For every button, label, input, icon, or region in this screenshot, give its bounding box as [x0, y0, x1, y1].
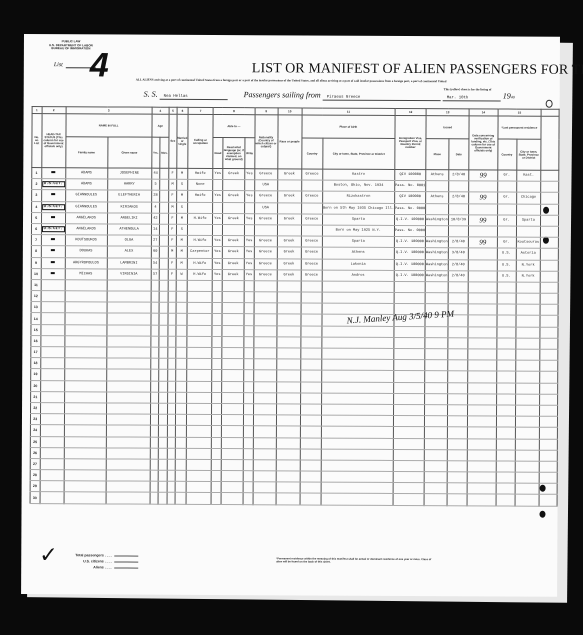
passenger-rows: 1ADAMSJOSEPHINE44FMHwifeYesGreekYesGreec…: [30, 168, 559, 506]
cell-age: 5: [151, 179, 160, 190]
cell-family: [65, 347, 107, 358]
cell-lr-country: [497, 226, 516, 237]
header-lr-city: City or town, State, Province or Distric…: [516, 139, 541, 170]
cell-no: 28: [30, 470, 40, 481]
cell-family: [65, 313, 107, 324]
cell-given: [106, 403, 150, 414]
cell-calling: [186, 392, 211, 403]
cell-race: [276, 325, 300, 336]
cell-no: 30: [30, 492, 40, 503]
cell-ms: [175, 470, 186, 481]
cell-race: [276, 437, 300, 448]
cell-lang: [222, 336, 244, 347]
col-num: 1: [32, 107, 42, 114]
col-num: 5: [169, 107, 177, 114]
punch-hole-icon: [546, 100, 553, 108]
cell-b-city: Boston, Ohio, Nov. 1934: [322, 180, 394, 192]
cell-race: Greek: [277, 270, 301, 281]
header-visa: Immigration Visa, Passport Visa, or Reen…: [395, 115, 426, 169]
cell-age: 57: [151, 269, 160, 280]
cell-given: [106, 392, 150, 403]
cell-ms: M: [176, 247, 187, 258]
cell-b-city: [321, 393, 393, 405]
cell-read: Yes: [213, 168, 223, 179]
cell-tax: [40, 391, 64, 402]
header-read: Read: [213, 137, 223, 168]
cell-b-city: Born on May 1925 N.Y.: [322, 225, 394, 237]
cell-write: [245, 180, 255, 191]
cell-write: Yes: [244, 191, 254, 202]
cell-family: GIANNOULES: [65, 201, 107, 212]
cell-family: [65, 302, 107, 313]
cell-lr-city: [516, 304, 541, 315]
cell-date: [447, 393, 467, 404]
cell-tax: [41, 190, 65, 201]
cell-blank: [539, 483, 557, 494]
cell-blank: [540, 338, 558, 349]
cell-ms: [175, 448, 186, 459]
cell-date: 2/8/40: [448, 237, 468, 248]
cell-lr-country: [497, 282, 516, 293]
cell-age: 54: [151, 258, 160, 269]
cell-lr-country: [496, 450, 515, 461]
cell-b-city: [321, 382, 393, 394]
cell-calling: [187, 314, 212, 325]
cell-b-country: Greece: [301, 270, 322, 281]
cell-lr-city: [516, 226, 541, 237]
cell-nat: Greece: [254, 213, 277, 224]
cell-lr-country: [496, 327, 515, 338]
cell-no: 20: [31, 380, 41, 391]
cell-b-country: Greece: [301, 236, 322, 247]
cell-write: [243, 460, 253, 471]
cell-age: [150, 493, 159, 504]
cell-sex: [167, 414, 175, 425]
cell-race: [277, 314, 301, 325]
cell-b-city: [322, 359, 394, 371]
cell-age: [150, 370, 159, 381]
cell-nat: [253, 348, 276, 359]
ship-name: Nea Hellas: [160, 95, 228, 100]
cell-read: [212, 381, 222, 392]
cell-ms: [175, 493, 186, 504]
cell-given: ALEX: [107, 246, 151, 257]
dept-line: BUREAU OF IMMIGRATION: [46, 47, 96, 51]
cell-write: [244, 348, 254, 359]
cell-lr-country: [496, 394, 515, 405]
cell-lr-country: Gr.: [497, 170, 516, 181]
cell-no: 22: [31, 402, 41, 413]
cell-lang: [222, 325, 244, 336]
cell-write: [243, 493, 253, 504]
cell-b-city: Andros: [322, 270, 394, 282]
cell-write: [243, 404, 253, 415]
cell-given: KIRIAKOS: [107, 202, 151, 213]
cell-age: [150, 336, 159, 347]
cell-b-city: Rizokastron: [322, 191, 394, 203]
cell-read: [212, 370, 222, 381]
cell-no: 18: [31, 358, 41, 369]
cell-lr-country: [496, 427, 515, 438]
cell-race: [277, 281, 301, 292]
cell-place: [424, 449, 447, 460]
cell-blank: [540, 282, 558, 293]
cell-ms: M: [176, 213, 187, 224]
cell-verify: [467, 427, 495, 438]
cell-blank: [158, 493, 167, 504]
cell-lr-city: [516, 181, 541, 192]
cell-read: [212, 292, 222, 303]
voyage-line: S. S. Nea Hellas Passengers sailing from…: [144, 90, 515, 102]
cell-lang: [221, 415, 243, 426]
cell-tax: [40, 447, 64, 458]
cell-race: Greek: [277, 236, 301, 247]
cell-verify: [468, 371, 496, 382]
cell-nat: [254, 225, 277, 236]
cell-given: [106, 425, 150, 436]
cell-place: Washington: [426, 237, 449, 248]
cell-sex: [168, 370, 176, 381]
cell-b-country: [301, 337, 322, 348]
cell-lang: [222, 348, 244, 359]
cell-blank: [158, 470, 167, 481]
cell-read: Yes: [212, 258, 222, 269]
cell-nat: [253, 460, 276, 471]
cell-no: 6: [31, 223, 41, 234]
footnote: *Permanent residence within the meaning …: [276, 557, 436, 564]
cell-b-country: [301, 359, 322, 370]
cell-read: [212, 403, 222, 414]
cell-verify: [468, 382, 496, 393]
header-calling: Calling or occupation: [188, 114, 214, 168]
cell-age: [150, 425, 159, 436]
cell-ms: [176, 314, 187, 325]
cell-blank: [159, 403, 168, 414]
cell-family: [64, 470, 106, 481]
cell-date: 3/8/40: [448, 248, 468, 259]
cell-age: 28: [151, 191, 160, 202]
cell-no: 15: [31, 324, 41, 335]
us-citizen-stamp: [51, 171, 55, 173]
cell-blank: [158, 481, 167, 492]
cell-blank: [160, 168, 169, 179]
cell-age: [151, 302, 160, 313]
cell-lr-country: [497, 293, 516, 304]
cell-write: [244, 381, 254, 392]
cell-place: [425, 337, 448, 348]
cell-nat: [254, 281, 277, 292]
cell-read: [212, 325, 222, 336]
header-read-language: Read what language (or, if exemption cla…: [223, 138, 245, 169]
cell-age: 42: [151, 213, 160, 224]
cell-nat: [254, 303, 277, 314]
cell-blank: [159, 437, 168, 448]
cell-place: [424, 472, 447, 483]
cell-tax: [40, 470, 64, 481]
cell-given: [106, 481, 150, 492]
sailing-port: Piraeus Greece: [323, 96, 441, 102]
cell-place: [425, 405, 448, 416]
cell-nat: [253, 448, 276, 459]
cell-lr-city: [515, 461, 540, 472]
cell-ms: [176, 303, 187, 314]
cell-lang: [221, 459, 243, 470]
cell-no: 17: [31, 347, 41, 358]
cell-b-country: [301, 281, 322, 292]
cell-sex: [167, 482, 175, 493]
cell-lr-city: N.York: [516, 271, 541, 282]
cell-race: [276, 348, 300, 359]
cell-b-country: [300, 370, 321, 381]
cell-age: [150, 481, 159, 492]
cell-visa: [393, 449, 424, 460]
cell-lang: Greek: [222, 191, 244, 202]
cell-tax: [40, 324, 64, 335]
cell-given: HARRY: [107, 179, 151, 190]
cell-read: [211, 471, 221, 482]
cell-read: Yes: [213, 213, 223, 224]
cell-tax: [40, 403, 64, 414]
cell-lang: Greek: [222, 213, 244, 224]
header-age: Age: [152, 114, 170, 137]
cell-race: [276, 482, 300, 493]
cell-place: [425, 360, 448, 371]
cell-tax: [41, 279, 65, 290]
cell-race: Greek: [277, 191, 301, 202]
cell-b-city: [321, 460, 393, 472]
cell-calling: [187, 359, 212, 370]
cell-place: [425, 427, 448, 438]
cell-calling: H.Wife: [187, 213, 212, 224]
cell-ms: S: [176, 202, 187, 213]
cell-blank: [541, 193, 559, 204]
header-able-to: Able to —: [213, 114, 255, 137]
cell-write: [244, 314, 254, 325]
us-citizen-stamp: [51, 272, 55, 274]
header-nationality: Nationality (Country of which citizen or…: [254, 115, 277, 169]
cell-blank: [160, 202, 169, 213]
header-given-name: Given name: [107, 137, 151, 168]
cell-read: Yes: [212, 247, 222, 258]
cell-tax: [40, 313, 64, 324]
cell-age: [151, 280, 160, 291]
cell-given: [107, 313, 151, 324]
cell-lr-country: [496, 349, 515, 360]
cell-given: JOSEPHINE: [107, 168, 151, 179]
cell-place: Washington: [425, 270, 448, 281]
cell-lr-country: U.S.: [497, 259, 516, 270]
cell-nat: Greece: [254, 191, 277, 202]
cell-given: [107, 291, 151, 302]
cell-write: Yes: [245, 169, 255, 180]
cell-visa: [394, 382, 425, 393]
cell-tax: [41, 291, 65, 302]
cell-b-country: [300, 404, 321, 415]
cell-race: [277, 202, 301, 213]
cell-sex: [168, 314, 176, 325]
cell-sex: [168, 303, 176, 314]
cell-write: [244, 202, 254, 213]
cell-sex: [168, 336, 176, 347]
cell-family: ANGELAKOS: [65, 212, 107, 223]
cell-place: [425, 416, 448, 427]
cell-write: [244, 370, 254, 381]
cell-b-city: [322, 326, 394, 338]
cell-no: 2: [32, 179, 42, 190]
cell-sex: F: [168, 235, 176, 246]
cell-date: 10/8/39: [448, 214, 468, 225]
cell-read: [212, 359, 222, 370]
cell-write: [244, 303, 254, 314]
cell-blank: [160, 179, 169, 190]
cell-place: Washington: [425, 248, 448, 259]
cell-nat: [254, 292, 277, 303]
header-mos: Mos.: [160, 137, 169, 168]
manifest-sheet: PUBLIC LAW U.S. DEPARTMENT OF LABOR BURE…: [21, 34, 560, 597]
cell-given: ATHENOULA: [107, 224, 151, 235]
cell-lr-country: [497, 204, 516, 215]
cell-no: 27: [30, 458, 40, 469]
cell-lr-city: Sparta: [516, 215, 541, 226]
cell-b-country: [301, 203, 322, 214]
header-row-1: No. on List HEAD-TAX STATUS (This column…: [32, 114, 559, 140]
cell-given: OLGA: [107, 235, 151, 246]
table-row: 30: [30, 492, 557, 506]
cell-verify: [468, 282, 496, 293]
cell-visa: QIV 100000: [395, 192, 426, 203]
cell-no: 11: [31, 279, 41, 290]
header-last-residence: *Last permanent residence: [498, 116, 542, 139]
cell-date: 2/8/40: [448, 270, 468, 281]
cell-blank: [159, 280, 168, 291]
cell-sex: M: [169, 202, 177, 213]
header-family-name: Family name: [66, 137, 108, 168]
cell-read: [212, 314, 222, 325]
cell-date: 2/8/40: [448, 192, 468, 203]
cell-read: [212, 280, 222, 291]
cell-lr-city: [515, 338, 540, 349]
cell-write: Yes: [244, 247, 254, 258]
cell-verify: [467, 494, 495, 505]
cell-nat: [254, 325, 277, 336]
cell-nat: [253, 359, 276, 370]
cell-tax: [40, 436, 64, 447]
cell-ms: W: [176, 269, 187, 280]
cell-tax: [40, 481, 64, 492]
cell-nat: Greece: [254, 236, 277, 247]
cell-date: [447, 472, 467, 483]
cell-family: [64, 492, 106, 503]
cell-verify: [467, 461, 495, 472]
cell-b-city: [322, 292, 394, 304]
cell-blank: [158, 459, 167, 470]
cell-tax: [41, 235, 65, 246]
cell-family: [64, 414, 106, 425]
cell-family: ANGELAKOS: [65, 224, 107, 235]
cell-lang: [222, 314, 244, 325]
cell-tax: [40, 414, 64, 425]
cell-given: [106, 470, 150, 481]
cell-lr-country: [496, 405, 515, 416]
cell-race: [276, 404, 300, 415]
cell-b-country: Greece: [301, 247, 322, 258]
cell-blank: [541, 204, 559, 215]
cell-verify: [468, 315, 496, 326]
cell-b-country: [300, 449, 321, 460]
cell-lr-city: [515, 483, 540, 494]
cell-lr-city: Kast.: [516, 170, 541, 181]
header-head-tax: HEAD-TAX STATUS (This column for use of …: [41, 114, 65, 168]
year-prefix: 19: [503, 92, 511, 101]
cell-place: [424, 494, 447, 505]
cell-given: [106, 414, 150, 425]
cell-b-city: [321, 415, 393, 427]
cell-lr-city: [515, 495, 540, 506]
cell-no: 10: [31, 268, 41, 279]
cell-ms: M: [176, 235, 187, 246]
cell-family: KOUTSOUKOS: [65, 235, 107, 246]
cell-sex: [168, 381, 176, 392]
cell-blank: [541, 170, 559, 181]
cell-blank: [541, 237, 559, 248]
cell-lr-city: [515, 427, 540, 438]
cell-read: [213, 224, 223, 235]
cell-lr-city: [515, 394, 540, 405]
cell-tax: [41, 302, 65, 313]
cell-age: [150, 470, 159, 481]
cell-place: [424, 483, 447, 494]
cell-blank: [159, 302, 168, 313]
cell-date: [448, 326, 468, 337]
cell-ms: M: [176, 191, 187, 202]
cell-b-city: [322, 337, 394, 349]
cell-sex: [167, 437, 175, 448]
cell-date: [447, 360, 467, 371]
cell-date: [447, 449, 467, 460]
us-citizen-stamp: U.S.CIT.: [41, 226, 64, 232]
cell-visa: Q.I.V. 100000: [394, 214, 425, 225]
cell-verify: 99: [469, 192, 497, 203]
cell-ms: [175, 392, 186, 403]
cell-no: 26: [30, 447, 40, 458]
cell-b-country: Greece: [301, 191, 322, 202]
cell-visa: Pass. No. 0001: [395, 181, 426, 192]
cell-lang: [222, 303, 244, 314]
cell-age: [150, 347, 159, 358]
cell-sex: [168, 403, 176, 414]
cell-race: [277, 180, 301, 191]
cell-family: [65, 280, 107, 291]
cell-sex: F: [168, 224, 176, 235]
cell-age: [150, 403, 159, 414]
cell-age: [150, 392, 159, 403]
cell-lr-country: [497, 315, 516, 326]
cell-read: [212, 347, 222, 358]
cell-lang: [221, 403, 243, 414]
cell-nat: [253, 493, 276, 504]
cell-calling: H.Wife: [187, 235, 212, 246]
cell-race: [276, 449, 300, 460]
cell-b-country: [301, 225, 322, 236]
cell-no: 8: [31, 246, 41, 257]
cell-b-country: [300, 460, 321, 471]
aliens-label: Aliens: [93, 565, 104, 569]
cell-lr-city: [515, 371, 540, 382]
cell-lr-city: [515, 383, 540, 394]
cell-place: [425, 293, 448, 304]
list-number: 4: [90, 46, 109, 85]
cell-calling: [187, 291, 212, 302]
